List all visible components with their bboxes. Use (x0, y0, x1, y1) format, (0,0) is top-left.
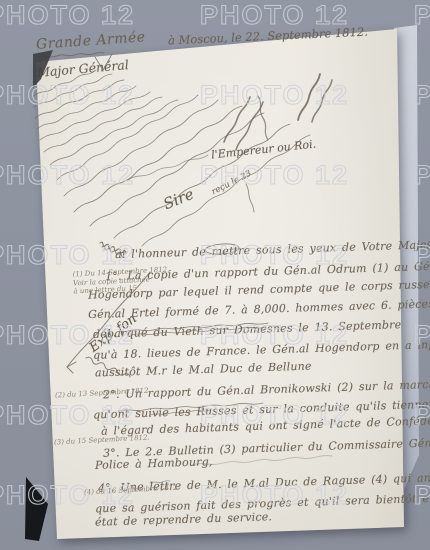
watermark-text: PHOTO 12 (0, 400, 135, 430)
watermark-text: PHOTO 12 (200, 480, 349, 510)
photo-of-manuscript-letter: Grande Armée Major Général à Moscou, le … (0, 0, 430, 550)
watermark-text: PHOTO 12 (414, 80, 430, 110)
watermark-text: PHOTO 12 (200, 400, 349, 430)
photo12-watermark: PHOTO 12PHOTO 12PHOTO 12PHOTO 12PHOTO 12… (0, 0, 430, 550)
watermark-text: PHOTO 12 (200, 160, 349, 190)
watermark-text: PHOTO 12 (200, 80, 349, 110)
watermark-text: PHOTO 12 (0, 480, 135, 510)
watermark-text: PHOTO 12 (0, 320, 135, 350)
watermark-text: PHOTO 12 (0, 0, 135, 30)
watermark-text: PHOTO 12 (0, 80, 135, 110)
watermark-text: PHOTO 12 (200, 240, 349, 270)
watermark-text: PHOTO 12 (0, 240, 135, 270)
watermark-text: PHOTO 12 (414, 400, 430, 430)
watermark-text: PHOTO 12 (414, 0, 430, 30)
watermark-text: PHOTO 12 (414, 480, 430, 510)
watermark-text: PHOTO 12 (414, 240, 430, 270)
watermark-text: PHOTO 12 (200, 0, 349, 30)
watermark-text: PHOTO 12 (200, 320, 349, 350)
watermark-text: PHOTO 12 (414, 160, 430, 190)
watermark-text: PHOTO 12 (414, 320, 430, 350)
watermark-text: PHOTO 12 (0, 160, 135, 190)
